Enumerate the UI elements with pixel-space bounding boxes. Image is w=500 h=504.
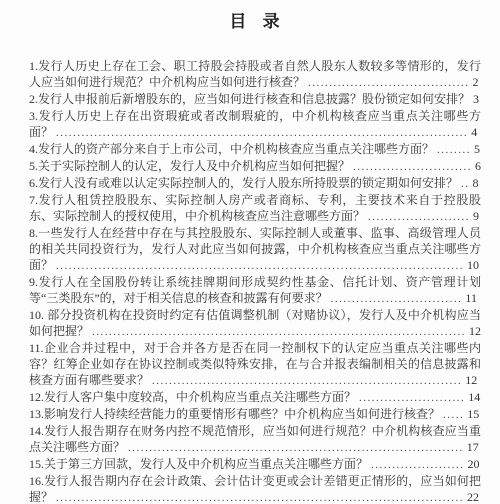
toc-page-number: 11 <box>465 291 477 305</box>
toc-entry-text: 4.发行人的资产部分来自于上市公司，中介机构核查应当重点关注哪些方面？ <box>29 142 434 156</box>
toc-entry: 3.发行人历史上存在出资瑕疵或者改制瑕疵的，中介机构核查应当重点关注哪些方面？ … <box>29 108 481 141</box>
toc-page-number: 15 <box>467 407 479 421</box>
toc-dot-leader: ......................... <box>359 392 465 404</box>
toc-dot-leader: ...................... <box>371 459 465 471</box>
toc-page-number: 10 <box>467 258 479 272</box>
toc-entry-text: 15.关于第三方回款，发行人及中介机构应当重点关注哪些方面？ <box>29 457 368 471</box>
toc-page-number: 4 <box>471 125 477 139</box>
toc-entry: 14.发行人报告期存在财务内控不规范情形，应当如何进行规范？中介机构核查应当重点… <box>29 423 481 456</box>
toc-dot-leader: ............................... <box>331 293 463 305</box>
toc-page-number: 20 <box>468 457 480 471</box>
toc-entry-text: 2.发行人申报前后新增股东的，应当如何进行核查和信息披露？股份锁定如何安排？ <box>29 92 470 106</box>
toc-dot-leader: ........................................… <box>152 375 462 387</box>
page-title: 目 录 <box>29 12 481 32</box>
toc-page-number: 14 <box>468 390 480 404</box>
toc-entry: 5.关于实际控制人的认定，发行人及中介机构应当如何把握？ ...........… <box>29 158 481 175</box>
document-page: 目 录 1.发行人历史上存在工会、职工持股会持股或者自然人股东人数较多等情形的，… <box>0 0 500 504</box>
toc-entry-text: 13.影响发行人持续经营能力的重要情形有哪些？中介机构应当如何进行核查？ <box>29 407 440 421</box>
toc-dot-leader: ........................................… <box>92 326 466 338</box>
toc-entry: 11.企业合并过程中，对于合并各方是否在同一控制权下的认定应当重点关注哪些内容？… <box>29 340 481 389</box>
toc-page-number: 9 <box>473 209 479 223</box>
toc-entry: 9.发行人在全国股份转让系统挂牌期间形成契约性基金、信托计划、资产管理计划等“三… <box>29 274 481 307</box>
toc-entry: 12.发行人客户集中度较高，中介机构应当重点关注哪些方面？ ..........… <box>29 389 481 406</box>
toc-entry: 15.关于第三方回款，发行人及中介机构应当重点关注哪些方面？ .........… <box>29 456 481 473</box>
toc-dot-leader: .. <box>461 178 470 190</box>
toc-entry: 10. 部分投资机构在投资时约定有估值调整机制（对赌协议），发行人及中介机构应当… <box>29 307 481 340</box>
toc-page-number: 12 <box>469 324 481 338</box>
toc-entry: 13.影响发行人持续经营能力的重要情形有哪些？中介机构应当如何进行核查？ ...… <box>29 406 481 423</box>
toc-dot-leader: ............................ <box>353 161 472 173</box>
toc-page-number: 3 <box>473 92 479 106</box>
toc-page-number: 12 <box>465 373 477 387</box>
toc-entry: 6.发行人没有或难以认定实际控制人的，发行人股东所持股票的锁定期如何安排？ ..… <box>29 175 481 192</box>
toc-page-number: 6 <box>475 159 481 173</box>
toc-page-number: 22 <box>467 490 479 504</box>
toc-entry: 2.发行人申报前后新增股东的，应当如何进行核查和信息披露？股份锁定如何安排？ 3 <box>29 91 481 108</box>
toc-page-number: 8 <box>473 176 479 190</box>
toc-dot-leader: ........ <box>437 144 471 156</box>
toc-dot-leader: ........................................… <box>56 260 464 272</box>
toc-entry: 8.一些发行人在经营中存在与其控股股东、实际控制人或董事、监事、高级管理人员的相… <box>29 225 481 274</box>
toc-dot-leader: ...................................... <box>308 77 470 89</box>
toc-entry: 16.发行人报告期内存在会计政策、会计估计变更或会计差错更正情形的，应当如何把握… <box>29 473 481 504</box>
toc-page-number: 2 <box>473 75 479 89</box>
toc-entry-text: 5.关于实际控制人的认定，发行人及中介机构应当如何把握？ <box>29 159 350 173</box>
toc-entry: 7.发行人租赁控股股东、实际控制人房产或者商标、专利，主要技术来自于控股股东、实… <box>29 192 481 225</box>
toc-page-number: 17 <box>467 440 479 454</box>
toc-list: 1.发行人历史上存在工会、职工持股会持股或者自然人股东人数较多等情形的，发行人应… <box>29 58 481 504</box>
toc-entry: 4.发行人的资产部分来自于上市公司，中介机构核查应当重点关注哪些方面？ ....… <box>29 141 481 158</box>
toc-page-number: 5 <box>474 142 480 156</box>
toc-dot-leader: ........................................… <box>128 442 464 454</box>
toc-entry: 1.发行人历史上存在工会、职工持股会持股或者自然人股东人数较多等情形的，发行人应… <box>29 58 481 91</box>
toc-entry-text: 12.发行人客户集中度较高，中介机构应当重点关注哪些方面？ <box>29 390 356 404</box>
toc-dot-leader: ........................................… <box>56 127 468 139</box>
toc-entry-text: 6.发行人没有或难以认定实际控制人的，发行人股东所持股票的锁定期如何安排？ <box>29 176 458 190</box>
toc-dot-leader: ..... <box>443 409 464 421</box>
toc-dot-leader: ........................................… <box>56 492 464 504</box>
toc-dot-leader: ........................ <box>368 211 470 223</box>
